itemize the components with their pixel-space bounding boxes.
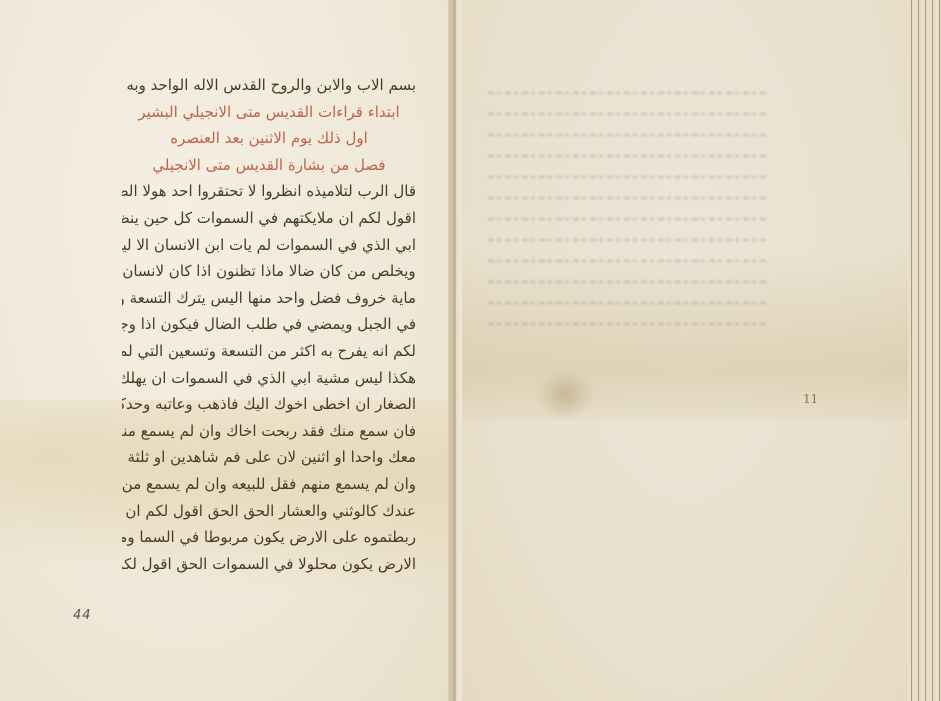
- text-line: عندك كالوثني والعشار الحق الحق اقول لكم …: [122, 498, 416, 525]
- text-line: ويخلص من كان ضالا ماذا تظنون اذا كان لان…: [122, 258, 416, 285]
- marginal-mark: 11: [803, 392, 818, 406]
- manuscript-text: بسم الاب والابن والروح القدس الاله الواح…: [122, 72, 416, 577]
- manuscript-spread: بسم الاب والابن والروح القدس الاله الواح…: [0, 0, 941, 701]
- rubric-line: ابتداء قراءات القديس متى الانجيلي البشير: [122, 99, 416, 126]
- text-line: معك واحدا او اثنين لان على فم شاهدين او …: [122, 444, 416, 471]
- text-line: بسم الاب والابن والروح القدس الاله الواح…: [122, 72, 416, 99]
- text-line: ماية خروف فضل واحد منها اليس يترك التسعة…: [122, 285, 416, 312]
- folio-number: 44: [73, 608, 92, 623]
- bleed-line: [488, 218, 768, 220]
- bleed-line: [488, 92, 768, 94]
- book-gutter: [448, 0, 462, 701]
- bleed-line: [488, 113, 768, 115]
- text-line: لكم انه يفرح به اكثر من التسعة وتسعين ال…: [122, 338, 416, 365]
- text-line: في الجبل ويمضي في طلب الضال فيكون اذا وج…: [122, 311, 416, 338]
- page-fore-edge: [908, 0, 941, 701]
- text-line: ابي الذي في السموات لم يات ابن الانسان ا…: [122, 232, 416, 259]
- bleed-line: [488, 260, 768, 262]
- text-line: وان لم يسمع منهم فقل للبيعه وان لم يسمع …: [122, 471, 416, 498]
- text-line: فان سمع منك فقد ربحت اخاك وان لم يسمع من…: [122, 418, 416, 445]
- bleed-line: [488, 302, 768, 304]
- rubric-line: اول ذلك يوم الاثنين بعد العنصره: [122, 125, 416, 152]
- bleed-line: [488, 197, 768, 199]
- rubric-line: فصل من بشارة القديس متى الانجيلي: [122, 152, 416, 179]
- text-line: قال الرب لتلاميذه انظروا لا تحتقروا احد …: [122, 178, 416, 205]
- text-line: هكذا ليس مشية ابي الذي في السموات ان يهل…: [122, 365, 416, 392]
- text-line: ربطتموه على الارض يكون مربوطا في السما و…: [122, 524, 416, 551]
- bleed-line: [488, 239, 768, 241]
- bleed-line: [488, 176, 768, 178]
- bleed-line: [488, 155, 768, 157]
- text-line: الصغار ان اخطى اخوك اليك فاذهب وعاتبه وح…: [122, 391, 416, 418]
- text-line: الارض يكون محلولا في السموات الحق اقول ل…: [122, 551, 416, 578]
- bleed-through-text: [478, 80, 778, 460]
- bleed-line: [488, 134, 768, 136]
- bleed-line: [488, 281, 768, 283]
- bleed-line: [488, 323, 768, 325]
- text-line: اقول لكم ان ملايكتهم في السموات كل حين ي…: [122, 205, 416, 232]
